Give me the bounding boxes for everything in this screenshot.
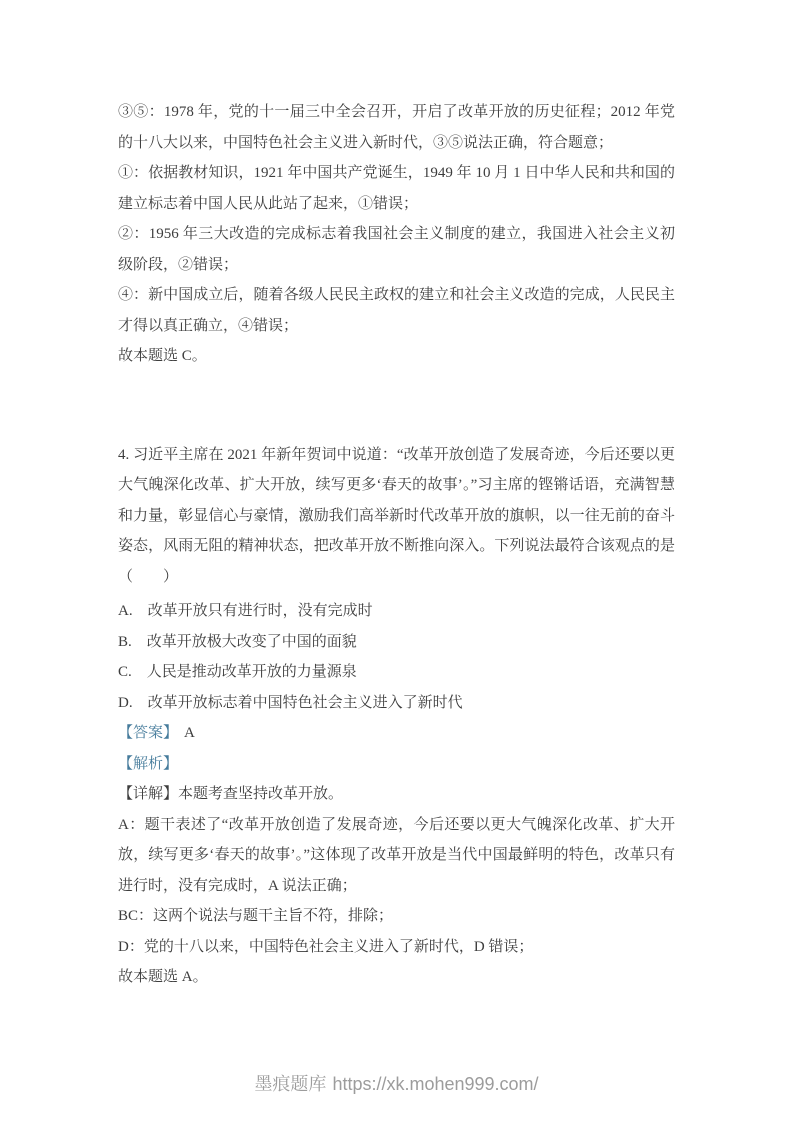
- option-row-a: A. 改革开放只有进行时，没有完成时: [118, 596, 675, 627]
- detail-label: 【详解】: [118, 786, 178, 802]
- q3-explanation-section: ③⑤：1978 年，党的十一届三中全会召开，开启了改革开放的历史征程；2012 …: [118, 97, 675, 372]
- page-footer: 墨痕题库https://xk.mohen999.com/: [0, 1070, 793, 1096]
- option-text: 改革开放标志着中国特色社会主义进入了新时代: [148, 688, 675, 719]
- option-text: 改革开放只有进行时，没有完成时: [148, 596, 675, 627]
- option-row-c: C. 人民是推动改革开放的力量源泉: [118, 657, 675, 688]
- option-letter: A.: [118, 596, 133, 627]
- option-row-b: B. 改革开放极大改变了中国的面貌: [118, 627, 675, 658]
- option-letter: C.: [118, 657, 132, 688]
- q4-conclusion: 故本题选 A。: [118, 962, 675, 993]
- document-content: ③⑤：1978 年，党的十一届三中全会召开，开启了改革开放的历史征程；2012 …: [118, 97, 675, 993]
- footer-site-name: 墨痕题库: [254, 1074, 326, 1094]
- question-4-options: A. 改革开放只有进行时，没有完成时 B. 改革开放极大改变了中国的面貌 C. …: [118, 596, 675, 718]
- option-text: 改革开放极大改变了中国的面貌: [147, 627, 675, 658]
- analysis-row: 【解析】: [118, 749, 675, 780]
- option-row-d: D. 改革开放标志着中国特色社会主义进入了新时代: [118, 688, 675, 719]
- footer-site-url: https://xk.mohen999.com/: [332, 1074, 538, 1094]
- explanation-a: A：题干表述了“改革开放创造了发展奇迹，今后还要以更大气魄深化改革、扩大开放，续…: [118, 810, 675, 902]
- answer-value: A: [184, 725, 195, 741]
- explanation-line-35: ③⑤：1978 年，党的十一届三中全会召开，开启了改革开放的历史征程；2012 …: [118, 97, 675, 158]
- explanation-line-1: ①：依据教材知识，1921 年中国共产党诞生，1949 年 10 月 1 日中华…: [118, 158, 675, 219]
- explanation-line-4: ④：新中国成立后，随着各级人民民主政权的建立和社会主义改造的完成，人民民主才得以…: [118, 280, 675, 341]
- q3-conclusion: 故本题选 C。: [118, 341, 675, 372]
- option-letter: D.: [118, 688, 133, 719]
- question-4-stem: 4. 习近平主席在 2021 年新年贺词中说道：“改革开放创造了发展奇迹，今后还…: [118, 440, 675, 593]
- detail-row: 【详解】本题考查坚持改革开放。: [118, 779, 675, 810]
- document-page: ③⑤：1978 年，党的十一届三中全会召开，开启了改革开放的历史征程；2012 …: [0, 0, 793, 1122]
- answer-label: 【答案】: [118, 725, 178, 741]
- explanation-d: D：党的十八以来，中国特色社会主义进入了新时代，D 错误；: [118, 932, 675, 963]
- option-letter: B.: [118, 627, 132, 658]
- option-text: 人民是推动改革开放的力量源泉: [147, 657, 675, 688]
- question-4-section: 4. 习近平主席在 2021 年新年贺词中说道：“改革开放创造了发展奇迹，今后还…: [118, 440, 675, 993]
- analysis-label: 【解析】: [118, 756, 178, 772]
- answer-row: 【答案】A: [118, 718, 675, 749]
- explanation-line-2: ②：1956 年三大改造的完成标志着我国社会主义制度的建立，我国进入社会主义初级…: [118, 219, 675, 280]
- detail-text: 本题考查坚持改革开放。: [178, 786, 343, 802]
- explanation-bc: BC：这两个说法与题干主旨不符，排除；: [118, 901, 675, 932]
